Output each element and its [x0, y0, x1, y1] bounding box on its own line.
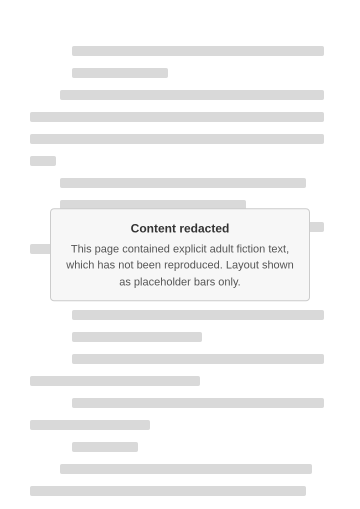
redacted-dialogue-line [30, 40, 330, 62]
redacted-narration-line [30, 172, 330, 194]
redacted-narration-line [30, 84, 330, 106]
redacted-dialogue-line [30, 326, 330, 348]
redacted-narration-line [30, 128, 330, 150]
redacted-text-bar [30, 376, 200, 386]
redacted-text-bar [72, 354, 324, 364]
redacted-text-bar [30, 486, 306, 496]
redacted-text-bar [30, 156, 56, 166]
redacted-text-bar [60, 90, 324, 100]
redacted-text-bar [72, 398, 324, 408]
redacted-text-bar [72, 332, 202, 342]
redacted-dialogue-line [30, 348, 330, 370]
redacted-dialogue-line [30, 304, 330, 326]
redacted-text-bar [30, 420, 150, 430]
redacted-text-bar [72, 68, 168, 78]
redacted-dialogue-line [30, 370, 330, 392]
redacted-text-bar [72, 310, 324, 320]
document-page: Content redacted This page contained exp… [0, 0, 360, 509]
redacted-text-bar [30, 134, 324, 144]
redacted-narration-line [30, 480, 330, 502]
redacted-text-bar [72, 46, 324, 56]
redacted-text-bar [72, 442, 138, 452]
redacted-dialogue-line [30, 392, 330, 414]
redacted-dialogue-line [30, 414, 330, 436]
redacted-narration-line [30, 106, 330, 128]
redacted-narration-line [30, 458, 330, 480]
redacted-narration-line [30, 150, 330, 172]
redaction-notice: Content redacted This page contained exp… [50, 208, 310, 302]
redaction-message: This page contained explicit adult ficti… [65, 241, 295, 291]
redacted-text-bar [60, 178, 306, 188]
redacted-dialogue-line [30, 436, 330, 458]
redacted-text-bar [30, 112, 324, 122]
redaction-title: Content redacted [65, 219, 295, 237]
redacted-dialogue-line [30, 62, 330, 84]
redacted-text-bar [60, 464, 312, 474]
